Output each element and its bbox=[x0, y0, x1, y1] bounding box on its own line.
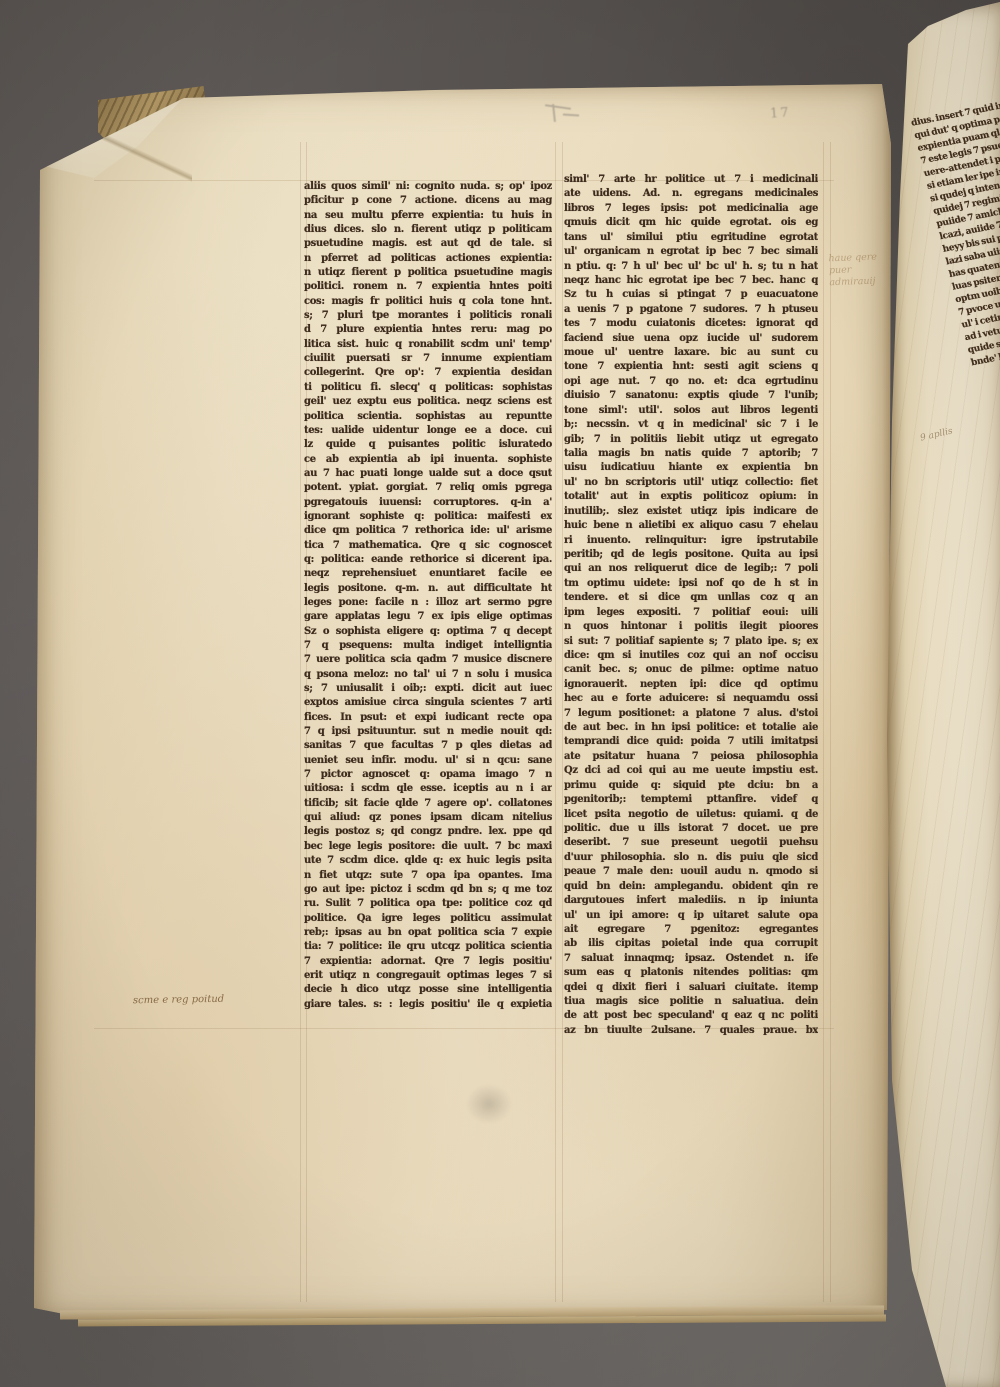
text-line: n pferret ad politicas actiones expienti… bbox=[304, 252, 552, 266]
next-leaf-text: dius. insert 7 quid intequi dut' q optim… bbox=[910, 86, 1000, 371]
text-line: ul' un ipi amore: q ip uitaret salute op… bbox=[564, 909, 818, 923]
text-line: hec au e forte aduicere: si nequamdu oss… bbox=[564, 692, 818, 706]
text-line: giare tales. s: : legis positiu' ile q e… bbox=[304, 998, 552, 1012]
text-line: temprandi dice quid: poida 7 utili imita… bbox=[564, 735, 818, 749]
text-line: diuisio 7 sanatonu: exptis qiude 7 l'uni… bbox=[564, 389, 818, 403]
text-line: 7 q psequens: multa indiget intelligntia bbox=[304, 639, 552, 653]
text-line: sanitas 7 que facultas 7 p qles dietas a… bbox=[304, 739, 552, 753]
text-line: neqz hanc hic egrotat ipe bec 7 bec. han… bbox=[564, 274, 818, 288]
text-line: sum eas q platonis nitendes politias: qm bbox=[564, 966, 818, 980]
text-line: tm optimu uidete: ipsi nof qo de h st in bbox=[564, 577, 818, 591]
text-line: ul' no bn scriptoris util' utiqz collect… bbox=[564, 476, 818, 490]
text-line: 7 q ipsi psituuntur. sut n medie nouit q… bbox=[304, 725, 552, 739]
text-line: az bn tiuulte 2ulsane. 7 quales praue. b… bbox=[564, 1024, 818, 1038]
ruling-line bbox=[555, 142, 556, 1302]
text-line: dius dices. slo n. fierent utiqz p polit… bbox=[304, 223, 552, 237]
text-line: tone 7 expientia hnt: sesti agit sciens … bbox=[564, 360, 818, 374]
text-line: peaue 7 male den: uouil audu n. qmodo si bbox=[564, 865, 818, 879]
text-line: ciuilit puersati sr 7 innume expientiam bbox=[304, 352, 552, 366]
text-line: 7 pictor agnoscet q: opama imago 7 n bbox=[304, 768, 552, 782]
text-line: tica 7 mathematica. Qre q sic cognoscet bbox=[304, 539, 552, 553]
text-line: ipm leges expositi. 7 politiaf eoui: uil… bbox=[564, 606, 818, 620]
text-line: bec lege legis positore: die uult. 7 bc … bbox=[304, 840, 552, 854]
text-line: huic bene n alietibi ex aliquo casu 7 eh… bbox=[564, 519, 818, 533]
text-line: politici. ronem n. 7 expientia hntes poi… bbox=[304, 280, 552, 294]
text-line: d'uur philosophia. slo n. dis puiu qle s… bbox=[564, 851, 818, 865]
text-line: reb;: ipsas au bn opat politica scia 7 e… bbox=[304, 926, 552, 940]
text-line: ignorant sophiste q: politica: maifesti … bbox=[304, 510, 552, 524]
text-line: talia magis bn natis quide 7 aptorib; 7 bbox=[564, 447, 818, 461]
stain-smudge bbox=[466, 1084, 512, 1124]
text-line: na seu multu pferre expientia: tu huis i… bbox=[304, 209, 552, 223]
folio-number-pencil: 17 bbox=[770, 105, 792, 121]
text-line: ru. Sulit 7 politica opa tpe: politice c… bbox=[304, 897, 552, 911]
text-line: qmuis dicit qm hic quide egrotat. ois eg bbox=[564, 216, 818, 230]
text-line: geil' uez exptu eus politica. neqz scien… bbox=[304, 395, 552, 409]
text-line: tes 7 modu cuiatonis dicetes: ignorat qd bbox=[564, 317, 818, 331]
text-line: n fiet utqz: sute 7 opa ipa opantes. Ima bbox=[304, 869, 552, 883]
text-line: uitiosa: i scdm qle esse. iceptis au n i… bbox=[304, 782, 552, 796]
text-line: primu quide q: siquid pte dciu: bn a bbox=[564, 779, 818, 793]
text-line: fices. In psut: et expi iudicant recte o… bbox=[304, 711, 552, 725]
text-line: psuetudine magis. est aut qd de tale. si bbox=[304, 237, 552, 251]
ruling-line bbox=[830, 142, 831, 1302]
text-line: ce ab expientia ab ipi inuenta. sophiste bbox=[304, 453, 552, 467]
text-line: aliis quos simil' ni: cognito nuda. s; o… bbox=[304, 180, 552, 194]
text-line: libros 7 leges ipsis: pot medicinalia ag… bbox=[564, 202, 818, 216]
text-line: faciend siue uena opz iucide ul' sudorem bbox=[564, 332, 818, 346]
text-line: 7 saluat innaqmq; ipsaz. Ostendet n. ife bbox=[564, 952, 818, 966]
text-line: potent. ypiat. gorgiat. 7 reliq omis pgr… bbox=[304, 481, 552, 495]
text-line: politice. Qa igre leges politicu assimul… bbox=[304, 912, 552, 926]
text-line: decie h dico utqz posse sine intelligent… bbox=[304, 983, 552, 997]
ruling-line bbox=[823, 142, 824, 1302]
text-line: neqz reprehensiuet enuntiaret facile ee bbox=[304, 567, 552, 581]
text-line: politic. due u ills istorat 7 docet. ue … bbox=[564, 822, 818, 836]
text-line: pgenitorib;: temptemi pttanfire. videf q bbox=[564, 793, 818, 807]
text-line: de att post bec speculand' q eaz q nc po… bbox=[564, 1009, 818, 1023]
text-line: leges pone: facile n : illoz art sermo p… bbox=[304, 596, 552, 610]
ruling-line bbox=[300, 142, 301, 1302]
ruling-line bbox=[562, 142, 563, 1302]
text-line: pgregatouis iuuensi: corruptores. q-in a… bbox=[304, 496, 552, 510]
text-column-right: siml' 7 arte hr politice ut 7 i medicina… bbox=[564, 173, 818, 1038]
text-line: d 7 plure expientia hntes reru: mag po bbox=[304, 323, 552, 337]
text-line: dice: qm si inutiles coz qui an nof occi… bbox=[564, 649, 818, 663]
text-line: n utiqz fierent p politica psuetudine ma… bbox=[304, 266, 552, 280]
text-line: s; 7 uniusalit i oib;: expti. dicit aut … bbox=[304, 682, 552, 696]
text-line: ute 7 scdm dice. qlde q: ex huic legis p… bbox=[304, 854, 552, 868]
text-line: q psona meloz: no tal' ui 7 n solu i mus… bbox=[304, 668, 552, 682]
text-line: deseribt. 7 sue preseunt uegotii puehsu bbox=[564, 836, 818, 850]
text-line: inutilib;. slez existet utiqz ipis indic… bbox=[564, 505, 818, 519]
text-line: erit utiqz n congregauit optimas leges 7… bbox=[304, 969, 552, 983]
margin-note-left: scme e reg poitud bbox=[133, 993, 283, 1007]
text-line: peritib; qd de legis positone. Quita au … bbox=[564, 548, 818, 562]
text-line: ul' organicam n egrotat ip bec 7 bec sim… bbox=[564, 245, 818, 259]
text-line: litica sist. huic q ronabilit scdm uni' … bbox=[304, 338, 552, 352]
manuscript-page: 17 aliis quos simil' ni: cognito nuda. s… bbox=[34, 84, 892, 1324]
text-line: qui an nos reliquerut dice de legib;: 7 … bbox=[564, 562, 818, 576]
text-line: ignorauerit. nepten ipi: dice qd optimu bbox=[564, 678, 818, 692]
text-line: tes: ualide uidentur longe ee a doce. cu… bbox=[304, 424, 552, 438]
text-line: tificib; sit facie qlde 7 agere op'. col… bbox=[304, 797, 552, 811]
text-line: licet psita negotio de uiletus: quiami. … bbox=[564, 808, 818, 822]
text-line: qdei q dixit fieri i saluari ciuitate. i… bbox=[564, 981, 818, 995]
text-line: legis postoz s; qd congz pndre. lex. ppe… bbox=[304, 825, 552, 839]
text-line: tans ul' similui ptiu egritudine egrotat bbox=[564, 231, 818, 245]
text-line: canit bec. s; onuc de pilme: optime natu… bbox=[564, 663, 818, 677]
text-line: dargutoues infert malediis. n ip iniunta bbox=[564, 894, 818, 908]
next-leaf-margin-note: 9 apllis bbox=[919, 426, 953, 443]
text-line: Sz o sophista eligere q: optima 7 q dece… bbox=[304, 625, 552, 639]
text-line: qui aliud: qz pones ipsam dicam nitelius bbox=[304, 811, 552, 825]
text-line: totalit' aut in exptis politicoz opium: … bbox=[564, 490, 818, 504]
text-line: ate uidens. Ad. n. egregans medicinales bbox=[564, 187, 818, 201]
text-line: si sut: 7 politiaf sapiente s; 7 plato i… bbox=[564, 635, 818, 649]
text-line: exptos amisiue circa singula scientes 7 … bbox=[304, 696, 552, 710]
pencil-scribble bbox=[539, 102, 589, 128]
text-line: cos: magis fr politici huis q cola tone … bbox=[304, 295, 552, 309]
text-line: au 7 hac puati longe ualde sut a doce qs… bbox=[304, 467, 552, 481]
text-line: ueniet seu infir. modu. ul' si n qcu: sa… bbox=[304, 754, 552, 768]
text-line: collegerint. Qre op': 7 expientia desida… bbox=[304, 366, 552, 380]
text-line: siml' 7 arte hr politice ut 7 i medicina… bbox=[564, 173, 818, 187]
text-line: politica scientia. sophistas au repuntte bbox=[304, 410, 552, 424]
text-line: Sz tu h cuias si ptingat 7 p euacuatone bbox=[564, 288, 818, 302]
text-line: uisu iudicatiuu hiante ex expientia bn bbox=[564, 461, 818, 475]
next-leaf: dius. insert 7 quid intequi dut' q optim… bbox=[884, 0, 1000, 1387]
text-line: 7 expientia: adornat. Qre 7 legis positi… bbox=[304, 955, 552, 969]
text-line: n ptiu. q: 7 h ul' bec ul' bc ul' h. s; … bbox=[564, 260, 818, 274]
text-line: s; 7 pluri tpe morantes i politicis rona… bbox=[304, 309, 552, 323]
text-line: tia: 7 politice: ile qru utcqz politica … bbox=[304, 940, 552, 954]
text-line: moue ul' uentre laxare. bic au sunt cu bbox=[564, 346, 818, 360]
text-line: 7 legum positionet: a platone 7 alus. d'… bbox=[564, 707, 818, 721]
text-line: 7 uere politica scia qadm 7 musice discn… bbox=[304, 653, 552, 667]
text-line: opi age nut. 7 qo no. et: dca egrtudinu bbox=[564, 375, 818, 389]
text-line: de aut bec. in hn ipsi politice: et tota… bbox=[564, 721, 818, 735]
text-line: quid bn dein: amplegandu. obident qin re bbox=[564, 880, 818, 894]
text-line: gib; 7 in politiis liebit utiqz ut egreg… bbox=[564, 433, 818, 447]
text-line: pficitur p cone 7 actione. dicens au mag bbox=[304, 194, 552, 208]
text-line: ab ilis cipitas poietal inde qua corrupi… bbox=[564, 937, 818, 951]
text-line: tone siml': util'. solos aut libros lege… bbox=[564, 404, 818, 418]
manuscript-photo: 17 aliis quos simil' ni: cognito nuda. s… bbox=[0, 0, 1000, 1387]
text-line: legis positone. q-m. n. aut difficultate… bbox=[304, 582, 552, 596]
text-line: a uenis 7 p pgatone 7 sudores. 7 h ptuse… bbox=[564, 303, 818, 317]
text-line: gare applatas legu 7 ex ipis elige optim… bbox=[304, 610, 552, 624]
text-column-left: aliis quos simil' ni: cognito nuda. s; o… bbox=[304, 180, 552, 1012]
text-line: n quos hintonar i politis ilegit pioores bbox=[564, 620, 818, 634]
text-line: dice qm politica 7 rethorica ide: ul' ar… bbox=[304, 524, 552, 538]
text-line: q: politica: eande rethorice si dicerent… bbox=[304, 553, 552, 567]
text-line: lz quide q puisantes politic isluratedo bbox=[304, 438, 552, 452]
text-line: ait egregare 7 pgenitoz: egregantes bbox=[564, 923, 818, 937]
text-line: Qz dci ad coi qui au me ueute impstiu es… bbox=[564, 764, 818, 778]
text-line: ri inuento. relinquitur: igre ipstrutabi… bbox=[564, 534, 818, 548]
text-line: go aut ipe: pictoz i scdm qd bn s; q me … bbox=[304, 883, 552, 897]
text-line: ate psitatur huana 7 peiosa philosophia bbox=[564, 750, 818, 764]
text-line: ti politicu fi. slecq' q politicas: soph… bbox=[304, 381, 552, 395]
text-line: tiua magis sice politie n saluatiua. dei… bbox=[564, 995, 818, 1009]
text-line: b;: necssin. vt q in medicinal' sic 7 i … bbox=[564, 418, 818, 432]
text-line: tendere. et si dice qm unllas coz q an bbox=[564, 591, 818, 605]
